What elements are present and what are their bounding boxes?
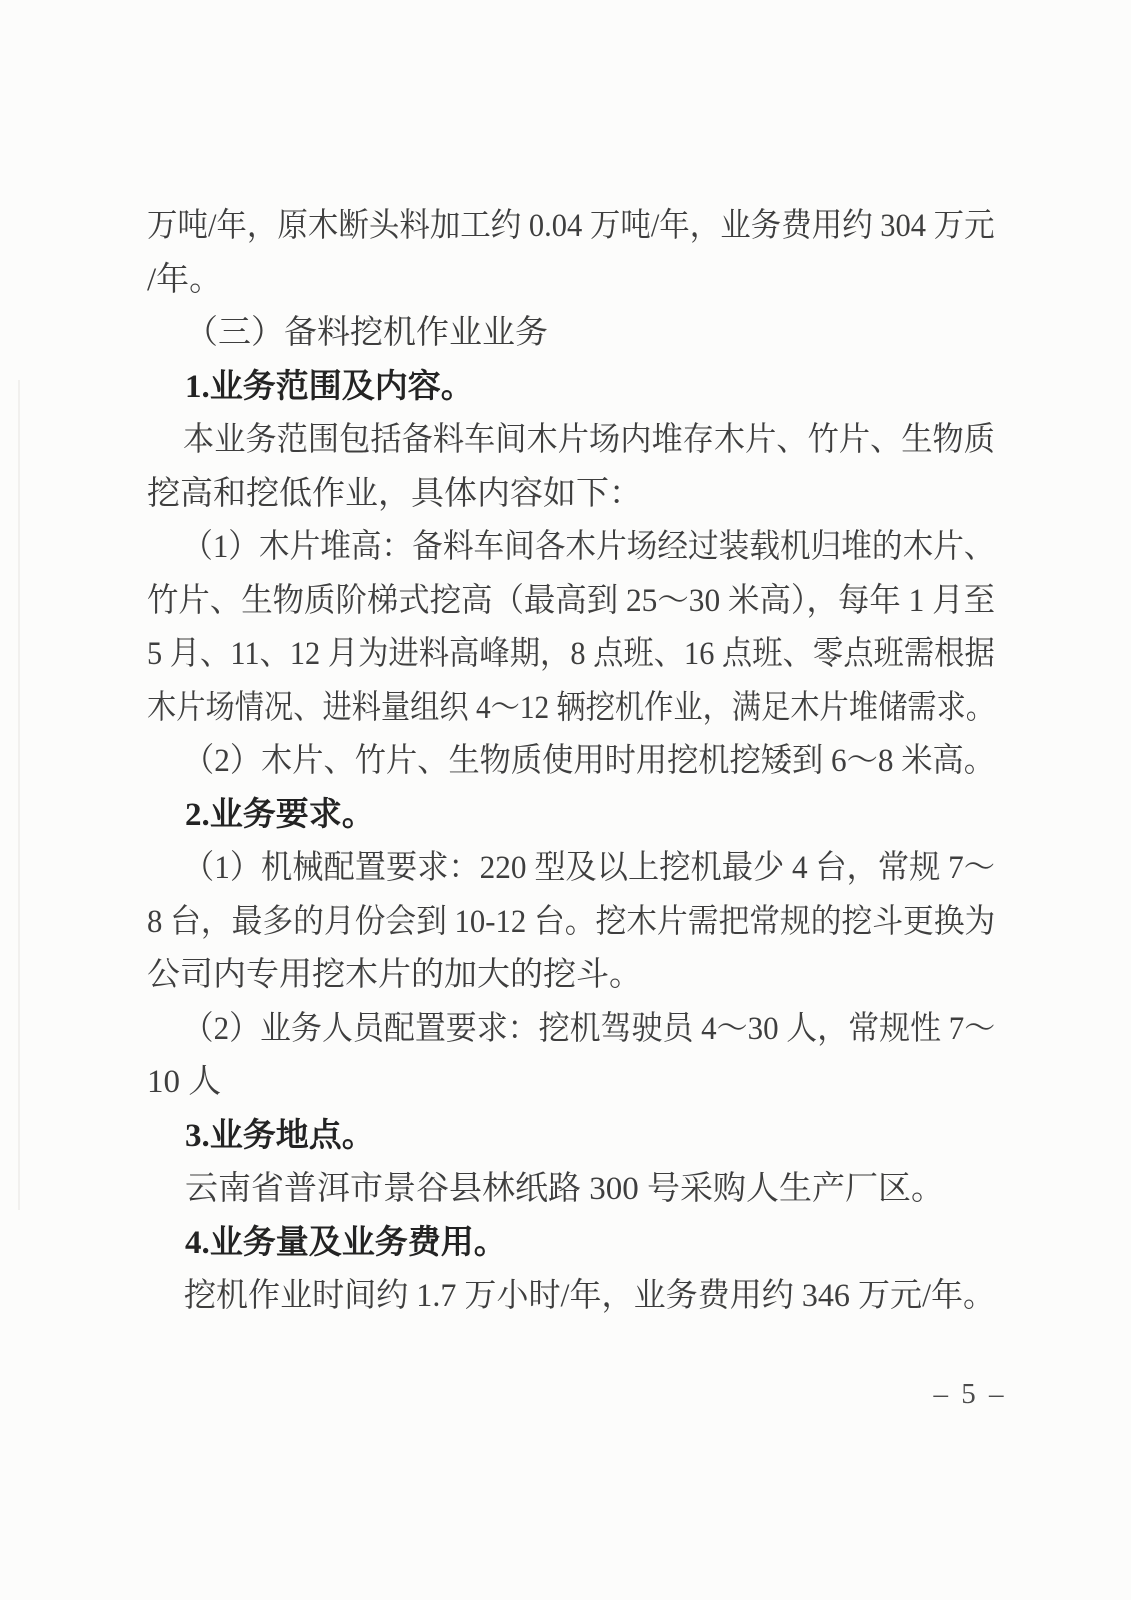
scan-artifact-line: [18, 380, 20, 1210]
text-line: （1）木片堆高：备料车间各木片场经过装载机归堆的木片、: [147, 521, 995, 575]
page-number: – 5 –: [898, 1378, 1042, 1411]
numbered-heading: 3.业务地点。: [147, 1110, 995, 1164]
text-line: 竹片、生物质阶梯式挖高（最高到 25～30 米高），每年 1 月至: [147, 575, 995, 629]
text-line: （1）机械配置要求：220 型及以上挖机最少 4 台，常规 7～: [147, 842, 995, 896]
text-line: 云南省普洱市景谷县林纸路 300 号采购人生产厂区。: [147, 1163, 995, 1217]
text-line: 公司内专用挖木片的加大的挖斗。: [147, 949, 995, 1003]
text-line: 木片场情况、进料量组织 4～12 辆挖机作业，满足木片堆储需求。: [147, 682, 995, 736]
text-line: 5 月、11、12 月为进料高峰期，8 点班、16 点班、零点班需根据: [147, 628, 995, 682]
numbered-heading: 4.业务量及业务费用。: [147, 1217, 995, 1271]
numbered-heading: 2.业务要求。: [147, 789, 995, 843]
text-line: 本业务范围包括备料车间木片场内堆存木片、竹片、生物质: [147, 414, 995, 468]
text-line: 10 人: [147, 1056, 995, 1110]
text-line: 万吨/年，原木断头料加工约 0.04 万吨/年，业务费用约 304 万元: [147, 200, 995, 254]
subsection-title: （三）备料挖机作业业务: [147, 307, 995, 361]
document-page: 万吨/年，原木断头料加工约 0.04 万吨/年，业务费用约 304 万元 /年。…: [0, 0, 1131, 1600]
text-line: 挖机作业时间约 1.7 万小时/年，业务费用约 346 万元/年。: [147, 1270, 995, 1324]
text-line: /年。: [147, 254, 995, 308]
numbered-heading: 1.业务范围及内容。: [147, 361, 995, 415]
text-line: （2）木片、竹片、生物质使用时用挖机挖矮到 6～8 米高。: [147, 735, 995, 789]
text-line: （2）业务人员配置要求：挖机驾驶员 4～30 人，常规性 7～: [147, 1003, 995, 1057]
text-line: 挖高和挖低作业，具体内容如下：: [147, 468, 995, 522]
document-body: 万吨/年，原木断头料加工约 0.04 万吨/年，业务费用约 304 万元 /年。…: [147, 200, 995, 1324]
text-line: 8 台，最多的月份会到 10-12 台。挖木片需把常规的挖斗更换为: [147, 896, 995, 950]
